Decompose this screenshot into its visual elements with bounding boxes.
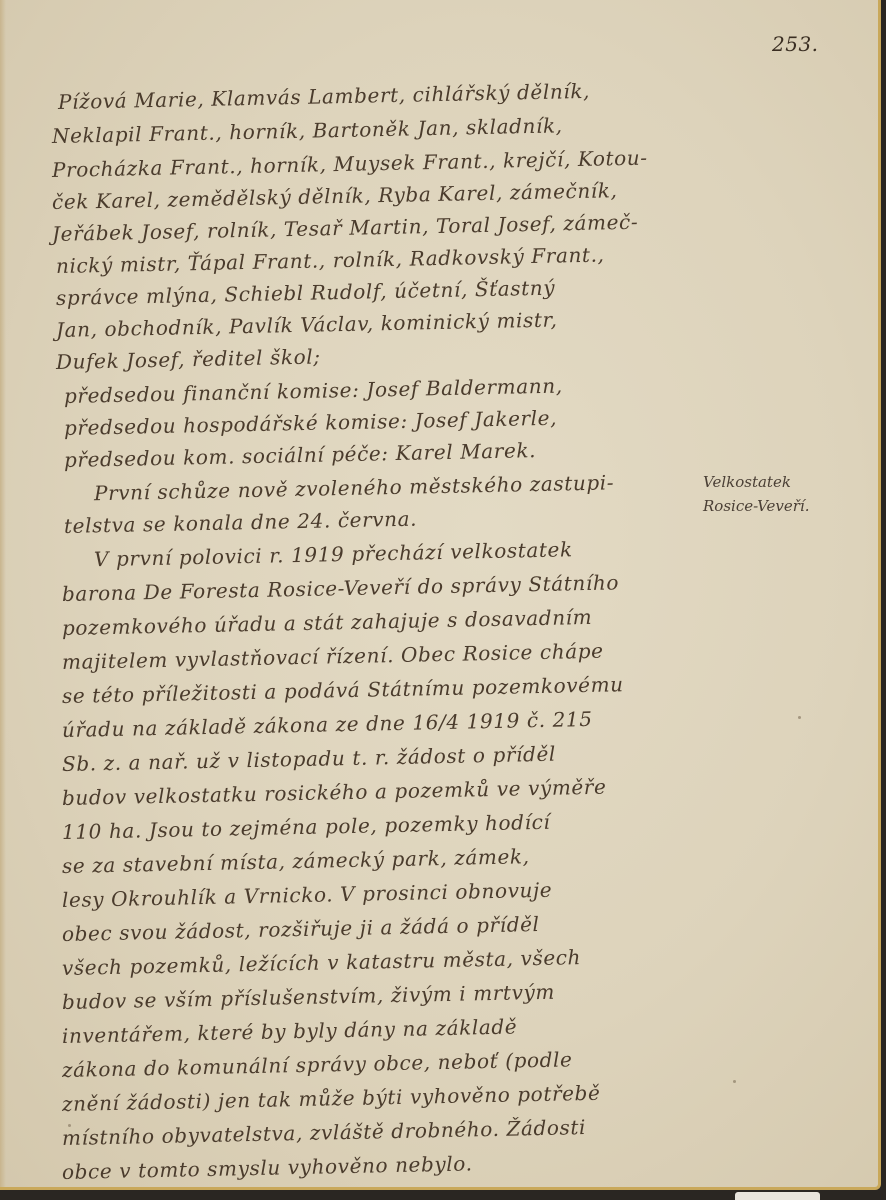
- page-number: 253.: [772, 32, 819, 56]
- text-line: nický mistr, Ťápal Frant., rolník, Radko…: [56, 245, 605, 276]
- text-line: budov velkostatku rosického a pozemků ve…: [62, 777, 607, 808]
- text-line: lesy Okrouhlík a Vrnicko. V prosinci obn…: [62, 880, 553, 910]
- text-line: V první polovici r. 1919 přechází velkos…: [58, 539, 573, 570]
- text-line: Dufek Josef, ředitel škol;: [56, 346, 321, 372]
- text-line: správce mlýna, Schiebl Rudolf, účetní, Š…: [56, 278, 556, 308]
- text-line: se za stavební místa, zámecký park, záme…: [62, 846, 530, 876]
- text-line: úřadu na základě zákona ze dne 16/4 1919…: [62, 709, 593, 740]
- text-line: Procházka Frant., horník, Muysek Frant.,…: [52, 148, 648, 180]
- text-line: Sb. z. a nař. už v listopadu t. r. žádos…: [62, 744, 556, 774]
- text-line: místního obyvatelstva, zvláště drobného.…: [62, 1117, 586, 1148]
- text-line: zákona do komunální správy obce, neboť (…: [62, 1049, 573, 1080]
- paper-speck: [798, 716, 801, 719]
- text-line: znění žádosti) jen tak může býti vyhověn…: [62, 1083, 601, 1114]
- text-line: 110 ha. Jsou to zejména pole, pozemky ho…: [62, 812, 551, 842]
- book-binding-tab: [735, 1192, 820, 1200]
- paper-speck: [733, 1080, 736, 1083]
- margin-note-line: Rosice-Veveří.: [703, 494, 810, 518]
- text-line: ček Karel, zemědělský dělník, Ryba Karel…: [52, 180, 618, 212]
- text-line: všech pozemků, ležících v katastru města…: [62, 947, 581, 978]
- text-line: telstva se konala dne 24. června.: [64, 509, 417, 536]
- text-line: budov se vším příslušenstvím, živým i mr…: [62, 982, 555, 1012]
- text-line: Pížová Marie, Klamvás Lambert, cihlářský…: [58, 81, 590, 112]
- margin-note: Velkostatek Rosice-Veveří.: [703, 470, 810, 518]
- text-line: pozemkového úřadu a stát zahajuje s dosa…: [62, 607, 593, 638]
- paper-speck: [68, 1124, 71, 1127]
- text-line: obce v tomto smyslu vyhověno nebylo.: [62, 1153, 473, 1182]
- text-line: se této příležitosti a podává Státnímu p…: [62, 674, 624, 706]
- text-line: obec svou žádost, rozšiřuje ji a žádá o …: [62, 914, 540, 944]
- text-line: Neklapil Frant., horník, Bartoněk Jan, s…: [52, 115, 563, 146]
- text-line: Jeřábek Josef, rolník, Tesař Martin, Tor…: [52, 212, 639, 244]
- text-line: barona De Foresta Rosice-Veveří do správ…: [62, 572, 619, 604]
- text-line: Jan, obchodník, Pavlík Václav, kominický…: [56, 309, 558, 339]
- text-line: předsedou kom. sociální péče: Karel Mare…: [64, 440, 536, 470]
- margin-note-line: Velkostatek: [703, 470, 810, 494]
- page-left-shadow: [0, 0, 6, 1187]
- text-line: předsedou finanční komise: Josef Balderm…: [64, 376, 563, 406]
- text-line: majitelem vyvlastňovací řízení. Obec Ros…: [62, 641, 604, 672]
- document-page: 253. Pížová Marie, Klamvás Lambert, cihl…: [0, 0, 881, 1190]
- text-line: První schůze nově zvoleného městského za…: [58, 472, 615, 504]
- text-line: inventářem, které by byly dány na základ…: [62, 1016, 518, 1046]
- text-line: předsedou hospodářské komise: Josef Jake…: [64, 408, 557, 438]
